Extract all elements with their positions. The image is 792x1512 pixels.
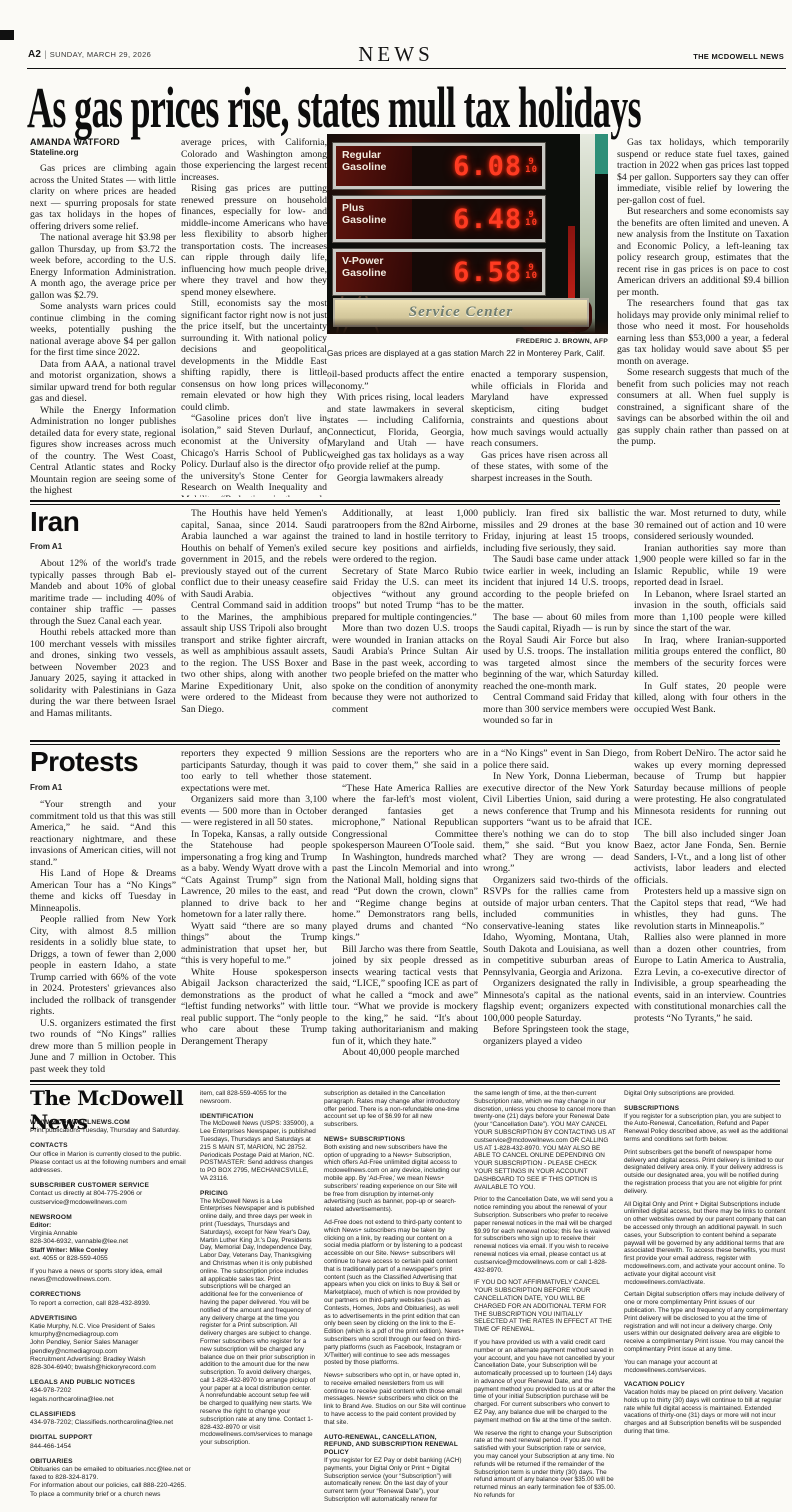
iran-column-5: the war. Most returned to duty, while 30… [634,508,786,736]
masthead-line: SUBSCRIBER CUSTOMER SERVICE [30,1182,192,1190]
masthead-line: Prior to the Cancellation Date, we will … [474,1196,616,1274]
iran-paragraph: Central Command said Friday that more th… [483,692,629,727]
iran-paragraph: In Iraq, where Iranian-supported militia… [634,635,786,681]
protests-paragraph: Sessions are the reporters who are paid … [332,748,478,783]
photo-credit: FREDERIC J. BROWN, AFP [327,338,608,345]
masthead-line: If you have provided us with a valid cre… [474,1339,616,1425]
masthead-line: IF YOU DO NOT AFFIRMATIVELY CANCEL YOUR … [474,1279,616,1334]
masthead-line: ADVERTISING [30,1315,192,1323]
masthead-line: jpendley@ncmediagroup.com [30,1348,192,1356]
masthead-line: Print publications Tuesday, Thursday and… [30,1127,192,1135]
protests-paragraph: from Robert DeNiro. The actor said he wa… [634,748,786,829]
section-label: NEWS [0,42,792,67]
fraction-denominator: 10 [525,272,538,280]
protests-paragraph: Organizers said two-thirds of the RSVPs … [483,875,629,979]
masthead-line: We reserve the right to change your Subs… [474,1430,616,1500]
gas-story-paragraph: Still, economists say the most significa… [181,298,327,413]
iran-paragraph: Additionally, at least 1,000 paratrooper… [332,508,478,566]
price-sign-row-vpower: V-Power Gasoline 6.58910 [333,249,545,295]
fuel-price-display: 6.48910 [412,199,542,239]
masthead-line: Former subscribers who register for a ne… [200,1338,316,1447]
protests-paragraph: Before Springsteen took the stage, organ… [483,1024,629,1047]
price-digits: 6.58 [453,257,522,288]
masthead-line: DIGITAL SUPPORT [30,1434,192,1442]
masthead-line: You can manage your account at mcdowelln… [624,1359,788,1375]
masthead-line: To place a community brief or a church n… [30,1491,192,1499]
gas-story-paragraph: Data from AAA, a national travel and mot… [30,359,176,405]
iran-column-4: publicly. Iran fired six ballistic missi… [483,508,629,736]
protests-paragraph: Protesters held up a massive sign on the… [634,886,786,932]
masthead-line: 844-466-1454 [30,1443,192,1451]
protests-paragraph: His Land of Hope & Dreams American Tour … [30,868,176,914]
iran-paragraph: publicly. Iran fired six ballistic missi… [483,508,629,554]
iran-paragraph: About 12% of the world's trade typically… [30,558,176,627]
gas-station-photo: Regular Gasoline 6.08910 Plus Gasoline 6… [327,134,608,334]
iran-paragraph: Secretary of State Marco Rubio said Frid… [332,566,478,624]
masthead-line: PRICING [200,1190,316,1198]
gas-story-paragraph: But researchers and some economists say … [617,206,789,298]
protests-paragraph: Wyatt said “there are so many things” ab… [181,921,327,967]
masthead-line: To report a correction, call 828-432-893… [30,1300,192,1308]
byline-source: Stateline.org [30,148,176,157]
masthead-line: SUBSCRIPTIONS [624,1105,788,1113]
gas-story-paragraph: Some research suggests that much of the … [617,367,789,448]
masthead-line: For information about our policies, call… [30,1482,192,1490]
masthead-line: NEWSROOM [30,1214,192,1222]
protests-paragraph: reporters they expected 9 million partic… [181,748,327,794]
protests-paragraph: In Washington, hundreds marched past the… [332,852,478,944]
protests-paragraph: Bill Jarcho was there from Seattle, join… [332,944,478,1048]
photo-caption: Gas prices are displayed at a gas statio… [327,348,608,358]
protests-paragraph: in a “No Kings” event in San Diego, poli… [483,748,629,771]
protests-paragraph: White House spokesperson Abigail Jackson… [181,967,327,1048]
protests-paragraph: “Your strength and your commitment told … [30,799,176,868]
gas-story-column-5: Gas tax holidays, which temporarily susp… [617,137,789,497]
gas-story-paragraph: The researchers found that gas tax holid… [617,298,789,367]
masthead-line: Contact us directly at 804-775-2906 or c… [30,1190,192,1206]
gas-story-column-3: oil-based products affect the entire eco… [327,369,464,497]
protests-paragraph: In Topeka, Kansas, a rally outside the S… [181,829,327,921]
masthead-line: The McDowell News (USPS: 335900), a Lee … [200,1120,316,1182]
gas-story-paragraph: The national average hit $3.98 per gallo… [30,232,176,301]
masthead-line: IDENTIFICATION [200,1113,316,1121]
masthead-line: Vacation holds may be placed on print de… [624,1389,788,1436]
gas-story-paragraph: Gas prices have risen across all of thes… [471,450,608,485]
masthead-line: OBITUARIES [30,1458,192,1466]
masthead-line: ext. 4055 or 828-559-4055 [30,1255,192,1263]
protests-section-kicker: From A1 [30,783,62,792]
gas-story-paragraph: average prices, with California, Colorad… [181,137,327,183]
masthead-identification-column: item, call 828-559-4055 for the newsroom… [200,1090,316,1506]
gas-story-paragraph: Gas prices are climbing again across the… [30,163,176,232]
masthead-line: NEWS+ SUBSCRIPTIONS [324,1136,466,1144]
fuel-grade-label: V-Power Gasoline [336,252,412,292]
masthead-subscriptions-column: subscription as detailed in the Cancella… [324,1090,466,1506]
masthead-line: AUTO-RENEWAL, CANCELLATION, REFUND, AND … [324,1434,466,1457]
publication-name: THE MCDOWELL NEWS [693,52,784,61]
gas-story-paragraph: “Gasoline prices don't live in isolation… [181,413,327,497]
protests-paragraph: Rallies also were planned in more than a… [634,932,786,1024]
section-divider [30,500,780,505]
gas-story-paragraph: Some analysts warn prices could continue… [30,301,176,359]
price-sign-row-regular: Regular Gasoline 6.08910 [333,143,545,189]
fuel-price-display: 6.58910 [412,252,542,292]
masthead-line: Recruitment Advertising: Bradley Walsh [30,1356,192,1364]
iran-paragraph: In Lebanon, where Israel started an inva… [634,589,786,635]
masthead-line: If you register for EZ Pay or debit bank… [324,1457,466,1504]
masthead-line: The McDowell News is a Lee Enterprises N… [200,1198,316,1338]
masthead-line: Virginia Annable [30,1230,192,1238]
masthead-line: subscription as detailed in the Cancella… [324,1090,466,1129]
iran-column-1: About 12% of the world's trade typically… [30,558,176,736]
protests-paragraph: In New York, Donna Lieberman, executive … [483,771,629,875]
gas-story-paragraph: Gas tax holidays, which temporarily susp… [617,137,789,206]
masthead-line: All Digital Only and Print + Digital Sub… [624,1201,788,1287]
protests-column-5: from Robert DeNiro. The actor said he wa… [634,748,786,1076]
section-divider [30,1080,780,1085]
masthead-line: Editor: [30,1222,192,1230]
protests-column-2: reporters they expected 9 million partic… [181,748,327,1076]
section-divider [30,740,780,745]
masthead-renewal-policy-column: the same length of time, at the then-cur… [474,1090,616,1506]
masthead-line: John Pendley, Senior Sales Manager [30,1339,192,1347]
iran-paragraph: Houthi rebels attacked more than 100 mer… [30,627,176,719]
gas-story-paragraph: Rising gas prices are putting renewed pr… [181,183,327,298]
masthead-line: Certain Digital subscription offers may … [624,1291,788,1353]
iran-column-3: Additionally, at least 1,000 paratrooper… [332,508,478,736]
protests-paragraph: Organizers said more than 3,100 events —… [181,794,327,829]
masthead-line: CORRECTIONS [30,1291,192,1299]
iran-section-kicker: From A1 [30,542,62,551]
iran-column-2: The Houthis have held Yemen's capital, S… [181,508,327,736]
fuel-grade-label: Regular Gasoline [336,146,412,186]
gas-story-column-1: AMANDA WATFORD Stateline.org Gas prices … [30,137,176,497]
masthead-line: item, call 828-559-4055 for the newsroom… [200,1090,316,1106]
masthead-line: Both existing and new subscribers have t… [324,1144,466,1214]
price-digits: 6.48 [453,204,522,235]
iran-paragraph: The Houthis have held Yemen's capital, S… [181,508,327,600]
main-headline: As gas prices rise, states mull tax holi… [27,74,790,141]
masthead-line: News+ subscribers who opt in, or have op… [324,1372,466,1427]
masthead-line: CLASSIFIEDS [30,1411,192,1419]
masthead-line: kmurphy@ncmediagroup.com [30,1331,192,1339]
protests-column-4: in a “No Kings” event in San Diego, poli… [483,748,629,1076]
protests-column-1: “Your strength and your commitment told … [30,799,176,1076]
protests-section-title: Protests [30,746,138,778]
masthead-line: CONTACTS [30,1142,192,1150]
masthead-line: 828-304-6940; bwalsh@hickoryrecord.com [30,1364,192,1372]
iran-paragraph: More than two dozen U.S. troops were wou… [332,623,478,715]
fraction-denominator: 10 [525,219,538,227]
iran-paragraph: In Gulf states, 20 people were killed, a… [634,681,786,716]
price-digits: 6.08 [453,151,522,182]
masthead-contacts-column: WWW.MCDOWELLNEWS.COMPrint publications T… [30,1112,192,1506]
masthead-line: If you register for a subscription plan,… [624,1113,788,1144]
price-sign-stack: Regular Gasoline 6.08910 Plus Gasoline 6… [333,143,545,302]
masthead-line: Digital Only subscriptions are provided. [624,1090,788,1098]
masthead-line: Print subscribers get the benefit of new… [624,1149,788,1196]
masthead-line: Staff Writer: Mike Conley [30,1247,192,1255]
masthead-line: LEGALS AND PUBLIC NOTICES [30,1379,192,1387]
masthead-line: If you have a news or sports story idea,… [30,1268,192,1284]
gas-story-column-4: enacted a temporary suspension, while of… [471,369,608,497]
protests-paragraph: People rallied from New York City, with … [30,914,176,1018]
protests-column-3: Sessions are the reporters who are paid … [332,748,478,1076]
masthead-line: VACATION POLICY [624,1381,788,1389]
photo-teal-accent [595,134,608,174]
fraction-denominator: 10 [525,166,538,174]
masthead-line: 828-304-6932, vannable@lee.net [30,1238,192,1246]
price-sign-row-plus: Plus Gasoline 6.48910 [333,196,545,242]
iran-paragraph: Iranian authorities say more than 1,900 … [634,543,786,589]
protests-paragraph: The bill also included singer Joan Baez,… [634,829,786,887]
fuel-price-display: 6.08910 [412,146,542,186]
protests-paragraph: “These Hate America Rallies are where th… [332,783,478,852]
price-fraction: 910 [525,264,538,280]
masthead-line: WWW.MCDOWELLNEWS.COM [30,1119,192,1127]
masthead-line: Katie Murphy, N.C. Vice President of Sal… [30,1323,192,1331]
protests-paragraph: Organizers designated the rally in Minne… [483,978,629,1024]
price-fraction: 910 [525,211,538,227]
masthead-line: 434-978-7202 [30,1387,192,1395]
masthead-line: the same length of time, at the then-cur… [474,1090,616,1191]
masthead-line: 434-978-7202; Classifieds.northcarolina@… [30,1419,192,1427]
header-rule [27,68,786,69]
protests-paragraph: About 40,000 people marched [332,1047,478,1059]
iran-paragraph: The base — about 60 miles from the Saudi… [483,612,629,693]
masthead-line: legals.northcarolina@lee.net [30,1396,192,1404]
protests-paragraph: U.S. organizers estimated the first two … [30,1018,176,1076]
fuel-grade-label: Plus Gasoline [336,199,412,239]
gas-story-column-2: average prices, with California, Colorad… [181,137,327,497]
masthead-line: Obituaries can be emailed to obituaries.… [30,1466,192,1482]
gas-story-paragraph: With prices rising, local leaders and st… [327,392,464,473]
iran-section-title: Iran [30,506,79,538]
iran-paragraph: Central Command said in addition to the … [181,600,327,715]
iran-paragraph: the war. Most returned to duty, while 30… [634,508,786,543]
gas-story-paragraph: Georgia lawmakers already [327,473,464,485]
gas-story-paragraph: enacted a temporary suspension, while of… [471,369,608,450]
gas-story-paragraph: oil-based products affect the entire eco… [327,369,464,392]
gas-story-paragraph: While the Energy Information Administrat… [30,405,176,497]
masthead-line: Ad-Free does not extend to third-party c… [324,1219,466,1367]
print-registration-mark [0,30,14,40]
masthead-digital-policy-column: Digital Only subscriptions are provided.… [624,1090,788,1506]
byline-author: AMANDA WATFORD [30,137,176,147]
photo-bottom-shadow [327,318,608,334]
iran-paragraph: The Saudi base came under attack twice e… [483,554,629,612]
price-fraction: 910 [525,158,538,174]
masthead-line: Our office in Marion is currently closed… [30,1151,192,1176]
